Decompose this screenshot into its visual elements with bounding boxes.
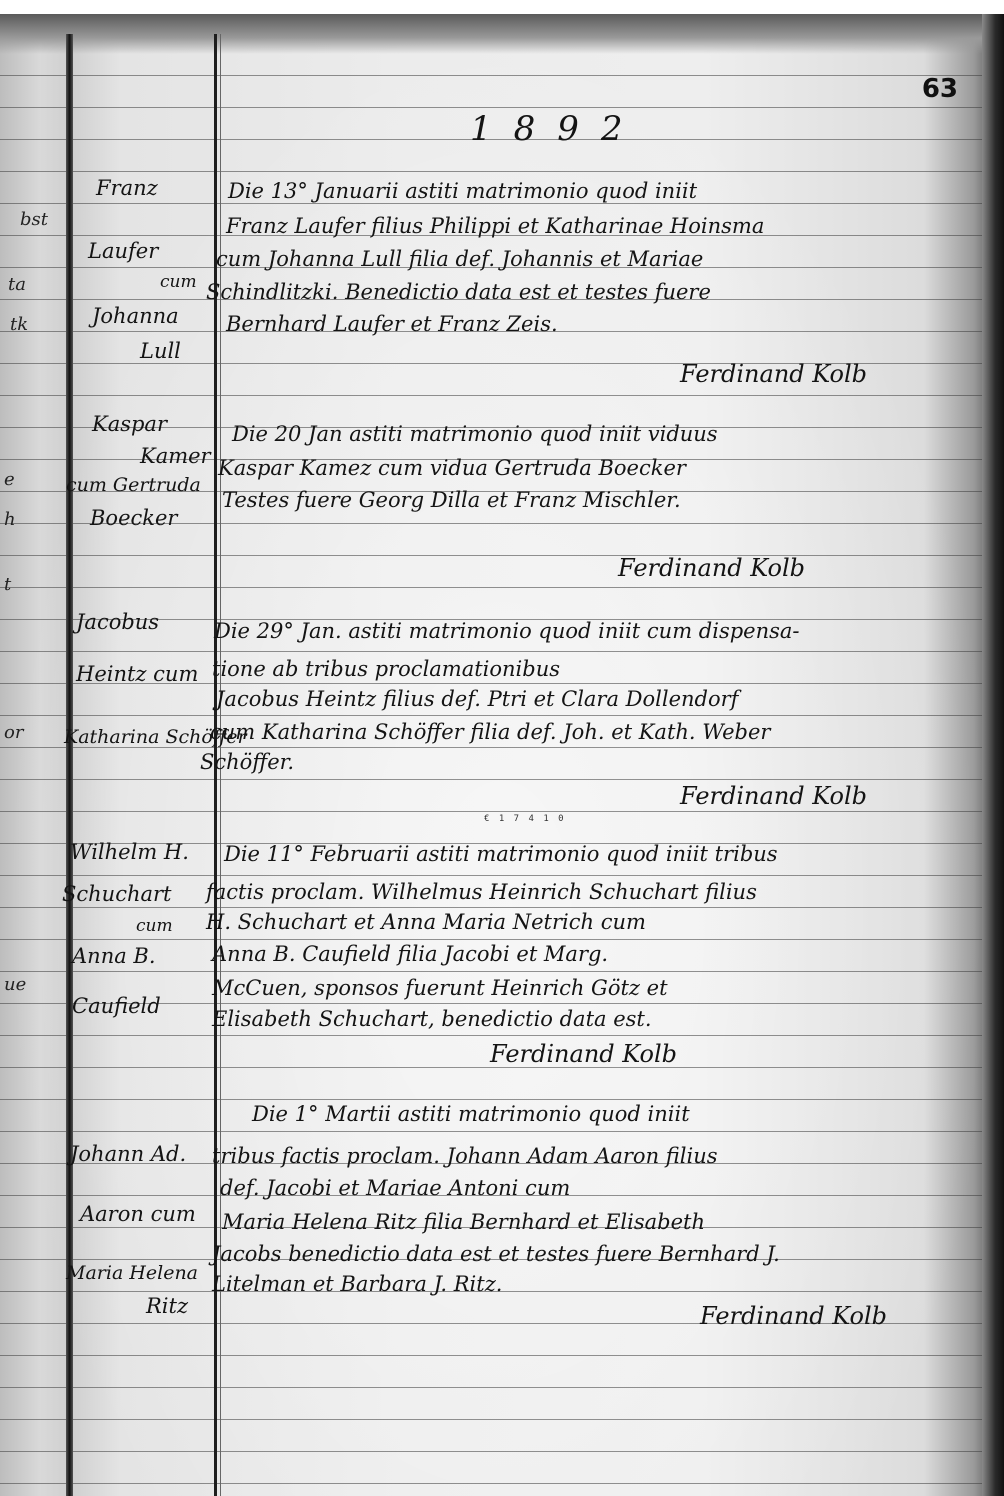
margin-cum: cum: [136, 916, 173, 936]
margin-groom-first: Kaspar: [92, 412, 167, 436]
left-page-fragment: bst: [20, 209, 48, 230]
margin-groom-last: Aaron cum: [80, 1202, 196, 1226]
priest-signature: Ferdinand Kolb: [490, 1040, 677, 1068]
entry-line: Die 11° Februarii astiti matrimonio quod…: [224, 842, 778, 866]
entry-line: tribus factis proclam. Johann Adam Aaron…: [212, 1144, 718, 1168]
entry-line: Maria Helena Ritz filia Bernhard et Elis…: [222, 1210, 705, 1234]
archive-stamp: € 1 7 4 1 0: [484, 814, 566, 824]
entry-line: Kaspar Kamez cum vidua Gertruda Boecker: [218, 456, 686, 480]
margin-bride-first: cum Gertruda: [66, 474, 201, 496]
entry-line: Jacobs benedictio data est et testes fue…: [212, 1242, 780, 1266]
left-page-fragment: t: [4, 574, 11, 595]
margin-bride-last: Lull: [140, 339, 181, 363]
margin-groom-last: Heintz cum: [76, 662, 198, 686]
entry-line: def. Jacobi et Mariae Antoni cum: [220, 1176, 570, 1200]
margin-groom-last: Schuchart: [62, 882, 171, 906]
margin-bride-last: Caufield: [72, 994, 161, 1018]
left-page-fragment: tk: [10, 314, 28, 335]
priest-signature: Ferdinand Kolb: [680, 360, 867, 388]
left-page-fragment: h: [4, 509, 16, 530]
margin-groom-last: Kamer: [140, 444, 211, 468]
entry-line: Litelman et Barbara J. Ritz.: [212, 1272, 502, 1296]
priest-signature: Ferdinand Kolb: [700, 1302, 887, 1330]
margin-groom-first: Jacobus: [76, 610, 159, 634]
register-year: 1892: [470, 109, 645, 149]
entry-line: Testes fuere Georg Dilla et Franz Mischl…: [222, 488, 681, 512]
entry-line: Schöffer.: [200, 750, 294, 774]
entry-line: Schindlitzki. Benedictio data est et tes…: [206, 280, 711, 304]
entry-line: Die 29° Jan. astiti matrimonio quod inii…: [214, 619, 800, 643]
margin-bride-last: Ritz: [146, 1294, 188, 1318]
left-page-fragment: or: [4, 722, 23, 743]
entry-line: tione ab tribus proclamationibus: [212, 657, 560, 681]
page-edge-shadow: [982, 14, 1004, 1496]
margin-groom-first: Franz: [96, 176, 158, 200]
register-page: bst ta tk e h t or ue 63 1892 Franz Lauf…: [0, 14, 1004, 1496]
left-page-fragment: ue: [4, 974, 26, 995]
entry-line: Die 1° Martii astiti matrimonio quod ini…: [252, 1102, 690, 1126]
margin-bride-first: Anna B.: [72, 944, 156, 968]
margin-groom-first: Johann Ad.: [70, 1142, 186, 1166]
entry-line: Elisabeth Schuchart, benedictio data est…: [212, 1007, 652, 1031]
entry-line: cum Johanna Lull filia def. Johannis et …: [216, 247, 703, 271]
margin-bride-first: Maria Helena: [66, 1262, 198, 1284]
entry-line: cum Katharina Schöffer filia def. Joh. e…: [210, 720, 770, 744]
margin-cum: cum: [160, 272, 197, 292]
margin-bride-first: Johanna: [92, 304, 179, 328]
left-page-fragment: ta: [8, 274, 26, 295]
margin-groom-last: Laufer: [88, 239, 158, 263]
entry-line: McCuen, sponsos fuerunt Heinrich Götz et: [212, 976, 668, 1000]
entry-line: Jacobus Heintz filius def. Ptri et Clara…: [216, 687, 738, 711]
priest-signature: Ferdinand Kolb: [680, 782, 867, 810]
entry-line: Franz Laufer filius Philippi et Katharin…: [226, 214, 764, 238]
left-page-fragment: e: [4, 469, 15, 490]
entry-line: Anna B. Caufield filia Jacobi et Marg.: [212, 942, 608, 966]
entry-line: H. Schuchart et Anna Maria Netrich cum: [206, 910, 646, 934]
entry-line: Die 13° Januarii astiti matrimonio quod …: [228, 179, 697, 203]
margin-groom-first: Wilhelm H.: [70, 840, 189, 864]
entry-line: factis proclam. Wilhelmus Heinrich Schuc…: [206, 880, 757, 904]
entry-line: Bernhard Laufer et Franz Zeis.: [226, 312, 558, 336]
priest-signature: Ferdinand Kolb: [618, 554, 805, 582]
page-number: 63: [922, 74, 958, 104]
entry-line: Die 20 Jan astiti matrimonio quod iniit …: [232, 422, 718, 446]
margin-bride-last: Boecker: [90, 506, 177, 530]
